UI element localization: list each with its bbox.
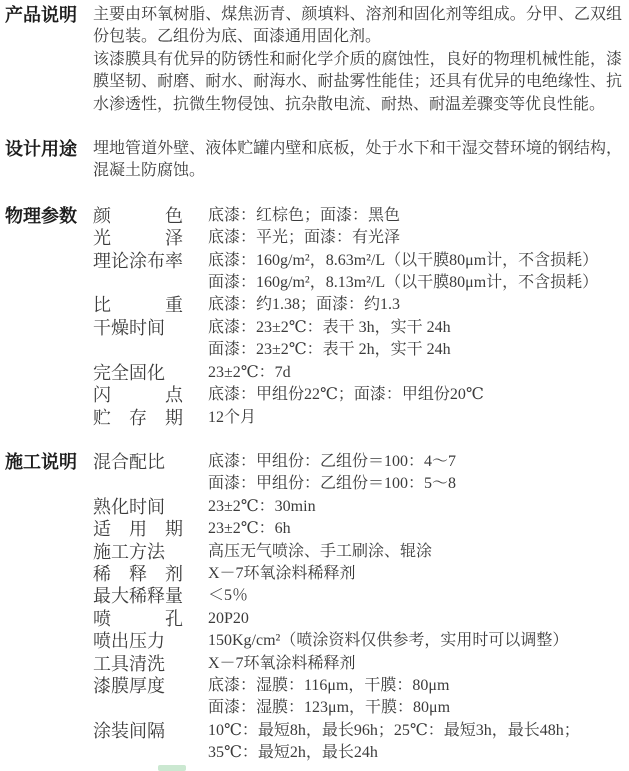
section-title-product-description: 产品说明 [5, 4, 93, 26]
param-row-tool-cleaning: 工具清洗 X－7环氧涂料稀释剂 [93, 653, 624, 675]
param-value: 底漆：160g/m²，8.63m²/L（以干膜80μm计，不含损耗） [208, 250, 624, 272]
param-row-thinner: 稀 释 剂 X－7环氧涂料稀释剂 [93, 563, 624, 585]
param-value: 底漆：甲组份：乙组份＝100：4～7 [208, 451, 624, 473]
param-name: 混合配比 [93, 451, 208, 473]
section-design-usage: 设计用途 埋地管道外壁、液体贮罐内壁和底板，处于水下和干湿交替环境的钢结构，混凝… [5, 138, 624, 183]
param-value: 面漆：160g/m²，8.13m²/L（以干膜80μm计，不含损耗） [208, 272, 624, 294]
param-row-recoat-interval: 涂装间隔 10℃：最短8h，最长96h；25℃：最短3h，最长48h； 35℃：… [93, 720, 624, 765]
spec-sheet-document: 产品说明 主要由环氧树脂、煤焦沥青、颜填料、溶剂和固化剂等组成。分甲、乙双组份包… [0, 0, 624, 767]
param-value: 面漆：甲组份：乙组份＝100：5～8 [208, 473, 624, 495]
param-row-specific-gravity: 比 重 底漆：约1.38；面漆：约1.3 [93, 294, 624, 316]
param-name: 贮 存 期 [93, 407, 208, 429]
param-name: 适 用 期 [93, 518, 208, 540]
param-row-nozzle: 喷 孔 20P20 [93, 608, 624, 630]
param-value: ＜5％ [208, 585, 624, 607]
param-row-film-thickness: 漆膜厚度 底漆：湿膜：116μm，干膜：80μm 面漆：湿膜：123μm，干膜：… [93, 675, 624, 720]
param-value: 35℃：最短2h，最长24h [208, 742, 624, 764]
param-value: 底漆：约1.38；面漆：约1.3 [208, 294, 624, 316]
param-row-max-thinning: 最大稀释量 ＜5％ [93, 585, 624, 607]
param-name: 稀 释 剂 [93, 563, 208, 585]
param-value: 高压无气喷涂、手工刷涂、辊涂 [208, 541, 624, 563]
param-row-coverage-rate: 理论涂布率 底漆：160g/m²，8.63m²/L（以干膜80μm计，不含损耗）… [93, 250, 624, 295]
param-value: 23±2℃：7d [208, 362, 624, 384]
product-description-paragraph: 该漆膜具有优异的防锈性和耐化学介质的腐蚀性，良好的物理机械性能，漆膜坚韧、耐磨、… [93, 49, 622, 116]
param-value: 底漆：红棕色；面漆：黑色 [208, 205, 624, 227]
param-row-mixing-ratio: 混合配比 底漆：甲组份：乙组份＝100：4～7 面漆：甲组份：乙组份＝100：5… [93, 451, 624, 496]
param-value: 150Kg/cm²（喷涂资料仅供参考，实用时可以调整） [208, 630, 624, 652]
section-title-application-instructions: 施工说明 [5, 451, 93, 473]
param-name: 干燥时间 [93, 317, 208, 339]
param-value: 底漆：平光；面漆：有光泽 [208, 227, 624, 249]
product-description-paragraph: 主要由环氧树脂、煤焦沥青、颜填料、溶剂和固化剂等组成。分甲、乙双组份包装。乙组份… [93, 4, 622, 49]
param-name: 涂装间隔 [93, 720, 208, 742]
section-title-physical-parameters: 物理参数 [5, 205, 93, 227]
param-value: 面漆：23±2℃：表干 2h，实干 24h [208, 339, 624, 361]
param-name: 最大稀释量 [93, 585, 208, 607]
param-value: 23±2℃：6h [208, 518, 624, 540]
param-value: 23±2℃：30min [208, 496, 624, 518]
param-value: 面漆：湿膜：123μm，干膜：80μm [208, 697, 624, 719]
param-value: X－7环氧涂料稀释剂 [208, 563, 624, 585]
param-name: 理论涂布率 [93, 250, 208, 272]
design-usage-content: 埋地管道外壁、液体贮罐内壁和底板，处于水下和干湿交替环境的钢结构，混凝土防腐蚀。 [93, 138, 624, 183]
param-row-application-method: 施工方法 高压无气喷涂、手工刷涂、辊涂 [93, 541, 624, 563]
application-instructions-content: 混合配比 底漆：甲组份：乙组份＝100：4～7 面漆：甲组份：乙组份＝100：5… [93, 451, 624, 765]
physical-parameters-content: 颜 色 底漆：红棕色；面漆：黑色 光 泽 底漆：平光；面漆：有光泽 理论涂布率 … [93, 205, 624, 429]
param-name: 比 重 [93, 294, 208, 316]
param-name: 光 泽 [93, 227, 208, 249]
param-row-color: 颜 色 底漆：红棕色；面漆：黑色 [93, 205, 624, 227]
param-row-full-cure: 完全固化 23±2℃：7d [93, 362, 624, 384]
param-value: 20P20 [208, 608, 624, 630]
section-application-instructions: 施工说明 混合配比 底漆：甲组份：乙组份＝100：4～7 面漆：甲组份：乙组份＝… [5, 451, 624, 765]
param-name: 熟化时间 [93, 496, 208, 518]
param-value: 底漆：23±2℃：表干 3h，实干 24h [208, 317, 624, 339]
param-row-flash-point: 闪 点 底漆：甲组份22℃；面漆：甲组份20℃ [93, 384, 624, 406]
param-value: 12个月 [208, 407, 624, 429]
param-name: 漆膜厚度 [93, 675, 208, 697]
param-row-shelf-life: 贮 存 期 12个月 [93, 407, 624, 429]
section-product-description: 产品说明 主要由环氧树脂、煤焦沥青、颜填料、溶剂和固化剂等组成。分甲、乙双组份包… [5, 4, 624, 116]
section-title-design-usage: 设计用途 [5, 138, 93, 160]
param-row-induction-time: 熟化时间 23±2℃：30min [93, 496, 624, 518]
green-highlight-mark [158, 765, 186, 771]
param-row-gloss: 光 泽 底漆：平光；面漆：有光泽 [93, 227, 624, 249]
param-value: 底漆：甲组份22℃；面漆：甲组份20℃ [208, 384, 624, 406]
param-name: 喷 孔 [93, 608, 208, 630]
param-row-spray-pressure: 喷出压力 150Kg/cm²（喷涂资料仅供参考，实用时可以调整） [93, 630, 624, 652]
param-name: 完全固化 [93, 362, 208, 384]
param-name: 施工方法 [93, 541, 208, 563]
design-usage-paragraph: 埋地管道外壁、液体贮罐内壁和底板，处于水下和干湿交替环境的钢结构，混凝土防腐蚀。 [93, 138, 622, 183]
param-value: 10℃：最短8h，最长96h；25℃：最短3h，最长48h； [208, 720, 624, 742]
section-physical-parameters: 物理参数 颜 色 底漆：红棕色；面漆：黑色 光 泽 底漆：平光；面漆：有光泽 理… [5, 205, 624, 429]
param-name: 工具清洗 [93, 653, 208, 675]
param-name: 喷出压力 [93, 630, 208, 652]
product-description-content: 主要由环氧树脂、煤焦沥青、颜填料、溶剂和固化剂等组成。分甲、乙双组份包装。乙组份… [93, 4, 624, 116]
param-name: 闪 点 [93, 384, 208, 406]
param-value: X－7环氧涂料稀释剂 [208, 653, 624, 675]
param-row-pot-life: 适 用 期 23±2℃：6h [93, 518, 624, 540]
param-value: 底漆：湿膜：116μm，干膜：80μm [208, 675, 624, 697]
param-name: 颜 色 [93, 205, 208, 227]
param-row-drying-time: 干燥时间 底漆：23±2℃：表干 3h，实干 24h 面漆：23±2℃：表干 2… [93, 317, 624, 362]
